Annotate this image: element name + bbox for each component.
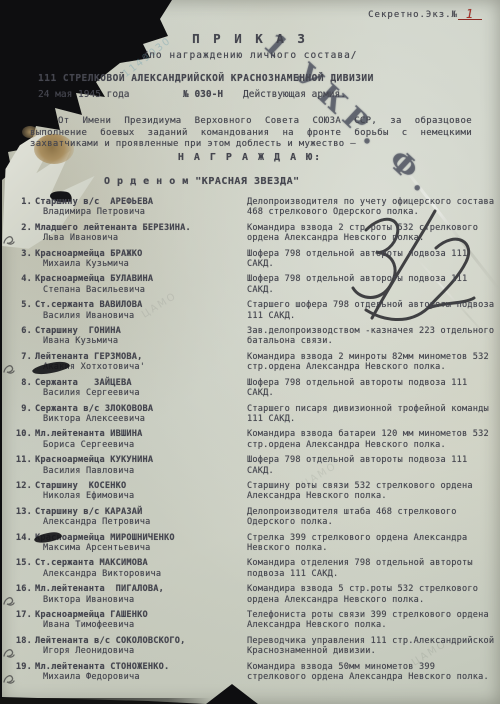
awardee-name-cell: Красноармейца МИРОШНИЧЕНКО Максима Арсен… <box>32 533 239 554</box>
award-list-row: 6. Старшину ГОНИНА Ивана Кузьмича Зав.де… <box>8 326 496 347</box>
order-number: № 030-Н <box>183 89 223 100</box>
awardee-name-cell: Сержанта в/с ЗЛОКОВОВА Виктора Алексееви… <box>32 404 239 425</box>
row-number: 14. <box>8 533 32 554</box>
awardee-position-cell: Делопроизводителя по учету офицерского с… <box>247 197 499 218</box>
award-heading: Н А Г Р А Ж Д А Ю: <box>0 152 500 163</box>
awardee-name-cell: Красноармейца ГАШЕНКО Ивана Тимофеевича <box>32 610 239 631</box>
awardee-position-cell: Зав.делопроизводством -казначея 223 отде… <box>247 326 499 347</box>
awardee-given-names: Бориса Сергеевича <box>35 440 239 450</box>
awardee-given-names: Льва Ивановича <box>35 233 239 243</box>
row-number: 3. <box>8 249 32 270</box>
awardee-position-cell: Шофера 798 отдельной автороты подвоза 11… <box>247 274 499 295</box>
awardee-name-cell: Старшину в/с КАРАЗАЙ Александра Петрович… <box>32 507 239 528</box>
margin-check-mark-icon <box>2 595 16 609</box>
row-number: 8. <box>8 378 32 399</box>
awardee-position-cell: Стрелка 399 стрелкового ордена Александр… <box>247 533 499 554</box>
order-name-heading: О р д е н о м "КРАСНАЯ ЗВЕЗДА" <box>104 176 300 187</box>
award-list-row: 17. Красноармейца ГАШЕНКО Ивана Тимофеев… <box>8 610 496 631</box>
preamble-paragraph: От Имени Президиума Верховного Совета СО… <box>30 116 472 151</box>
awardee-rank-surname: Красноармейца МИРОШНИЧЕНКО <box>35 533 239 543</box>
awardee-given-names: Владимира Петровича <box>35 207 239 217</box>
awardee-position-cell: Старшего писаря дивизионной трофейной ко… <box>247 404 499 425</box>
awardee-position-cell: Командира взвода 2 стр.роты 532 стрелков… <box>247 223 499 244</box>
awardee-position-cell: Командира взвода 2 минроты 82мм миномето… <box>247 352 499 373</box>
margin-check-mark-icon <box>2 647 16 661</box>
awardee-rank-surname: Лейтенанта ГЕРЗМОВА, <box>35 352 239 362</box>
award-list-row: 1. Старшину в/с АРЕФЬЕВА Владимира Петро… <box>8 197 496 218</box>
awardee-given-names: Ивана Тимофеевича <box>35 620 239 630</box>
awardee-name-cell: Мл.лейтенанта ИВШИНА Бориса Сергеевича <box>32 429 239 450</box>
awardee-given-names: Михаила Федоровича <box>35 672 239 682</box>
awardee-rank-surname: Старшину в/с АРЕФЬЕВА <box>35 197 239 207</box>
award-list-row: 7. Лейтенанта ГЕРЗМОВА, Акакия Хотхотови… <box>8 352 496 373</box>
row-number: 5. <box>8 300 32 321</box>
classification-line: Секретно.Экз.№1 <box>368 9 482 20</box>
award-list-row: 5. Ст.сержанта ВАВИЛОВА Василия Иванович… <box>8 300 496 321</box>
awardee-name-cell: Старшину ГОНИНА Ивана Кузьмича <box>32 326 239 347</box>
award-list-row: 9. Сержанта в/с ЗЛОКОВОВА Виктора Алексе… <box>8 404 496 425</box>
date-line: 24 мая 1945 года <box>38 89 130 100</box>
document-title: П Р И К А З <box>0 31 500 46</box>
row-number: 17. <box>8 610 32 631</box>
awardee-rank-surname: Красноармейца БРАЖКО <box>35 249 239 259</box>
row-number: 15. <box>8 558 32 579</box>
award-list-row: 2. Младшего лейтенанта БЕРЕЗИНА. Льва Ив… <box>8 223 496 244</box>
document-subtitle: /по награждению личного состава/ <box>0 50 500 61</box>
margin-check-mark-icon <box>2 363 16 377</box>
awardee-name-cell: Младшего лейтенанта БЕРЕЗИНА. Льва Ивано… <box>32 223 239 244</box>
awardee-position-cell: Делопроизводителя штаба 468 стрелкового … <box>247 507 499 528</box>
awardee-given-names: Степана Васильевича <box>35 285 239 295</box>
awardee-position-cell: Телефониста роты связи 399 стрелкового о… <box>247 610 499 631</box>
margin-check-mark-icon <box>2 673 16 687</box>
awardee-rank-surname: Сержанта ЗАЙЦЕВА <box>35 378 239 388</box>
awardee-rank-surname: Мл.лейтенанта ПИГАЛОВА, <box>35 584 239 594</box>
row-number: 12. <box>8 481 32 502</box>
row-number: 6. <box>8 326 32 347</box>
awardee-position-cell: Старшего шофера 798 отдельной автороты п… <box>247 300 499 321</box>
award-list-row: 16. Мл.лейтенанта ПИГАЛОВА, Виктора Иван… <box>8 584 496 605</box>
award-list: 1. Старшину в/с АРЕФЬЕВА Владимира Петро… <box>8 197 496 687</box>
awardee-position-cell: Старшину роты связи 532 стрелкового орде… <box>247 481 499 502</box>
awardee-rank-surname: Лейтенанта в/с СОКОЛОВСКОГО, <box>35 636 239 646</box>
awardee-position-cell: Шофера 798 отдельной автороты подвоза 11… <box>247 249 499 270</box>
award-list-row: 4. Красноармейца БУЛАВИНА Степана Василь… <box>8 274 496 295</box>
awardee-name-cell: Мл.лейтенанта СТОНОЖЕНКО. Михаила Федоро… <box>32 662 239 683</box>
row-number: 9. <box>8 404 32 425</box>
award-list-row: 19. Мл.лейтенанта СТОНОЖЕНКО. Михаила Фе… <box>8 662 496 683</box>
division-line: 111 СТРЕЛКОВОЙ АЛЕКСАНДРИЙСКОЙ КРАСНОЗНА… <box>38 73 374 84</box>
award-list-row: 13. Старшину в/с КАРАЗАЙ Александра Петр… <box>8 507 496 528</box>
row-number: 13. <box>8 507 32 528</box>
awardee-position-cell: Командира взвода 5 стр.роты 532 стрелков… <box>247 584 499 605</box>
awardee-position-cell: Шофера 798 отдельной автороты подвоза 11… <box>247 378 499 399</box>
scanned-document-page: { "page": { "classification": "Секретно.… <box>0 0 500 704</box>
awardee-given-names: Александра Викторовича <box>35 569 239 579</box>
awardee-name-cell: Красноармейца КУКУНИНА Василия Павловича <box>32 455 239 476</box>
row-number: 11. <box>8 455 32 476</box>
awardee-rank-surname: Мл.лейтенанта ИВШИНА <box>35 429 239 439</box>
awardee-position-cell: Командира взвода 50мм минометов 399 стре… <box>247 662 499 683</box>
awardee-rank-surname: Старшину в/с КАРАЗАЙ <box>35 507 239 517</box>
army-line: Действующая армия. <box>243 89 346 100</box>
awardee-name-cell: Старшину КОСЕНКО Николая Ефимовича <box>32 481 239 502</box>
awardee-name-cell: Ст.сержанта ВАВИЛОВА Василия Ивановича <box>32 300 239 321</box>
awardee-rank-surname: Красноармейца КУКУНИНА <box>35 455 239 465</box>
awardee-name-cell: Мл.лейтенанта ПИГАЛОВА, Виктора Иванович… <box>32 584 239 605</box>
awardee-name-cell: Лейтенанта ГЕРЗМОВА, Акакия Хотхотовича' <box>32 352 239 373</box>
awardee-rank-surname: Младшего лейтенанта БЕРЕЗИНА. <box>35 223 239 233</box>
row-number: 10. <box>8 429 32 450</box>
awardee-rank-surname: Старшину ГОНИНА <box>35 326 239 336</box>
awardee-position-cell: Шофера 798 отдельной автороты подвоза 11… <box>247 455 499 476</box>
awardee-rank-surname: Мл.лейтенанта СТОНОЖЕНКО. <box>35 662 239 672</box>
awardee-name-cell: Старшину в/с АРЕФЬЕВА Владимира Петрович… <box>32 197 239 218</box>
awardee-position-cell: Командира отделения 798 отдельной авторо… <box>247 558 499 579</box>
awardee-name-cell: Лейтенанта в/с СОКОЛОВСКОГО, Игоря Леони… <box>32 636 239 657</box>
awardee-rank-surname: Старшину КОСЕНКО <box>35 481 239 491</box>
awardee-rank-surname: Ст.сержанта ВАВИЛОВА <box>35 300 239 310</box>
award-list-row: 12. Старшину КОСЕНКО Николая Ефимовича С… <box>8 481 496 502</box>
award-list-row: 10. Мл.лейтенанта ИВШИНА Бориса Сергееви… <box>8 429 496 450</box>
margin-check-mark-icon <box>2 234 16 248</box>
award-list-row: 15. Ст.сержанта МАКСИМОВА Александра Вик… <box>8 558 496 579</box>
awardee-name-cell: Сержанта ЗАЙЦЕВА Василия Сергеевича <box>32 378 239 399</box>
awardee-name-cell: Ст.сержанта МАКСИМОВА Александра Викторо… <box>32 558 239 579</box>
awardee-position-cell: Переводчика управления 111 стр.Александр… <box>247 636 499 657</box>
awardee-rank-surname: Красноармейца БУЛАВИНА <box>35 274 239 284</box>
classification-label: Секретно.Экз.№ <box>368 10 458 20</box>
awardee-given-names: Александра Петровича <box>35 517 239 527</box>
award-list-row: 11. Красноармейца КУКУНИНА Василия Павло… <box>8 455 496 476</box>
awardee-given-names: Николая Ефимовича <box>35 491 239 501</box>
awardee-given-names: Максима Арсентьевича <box>35 543 239 553</box>
award-list-row: 14. Красноармейца МИРОШНИЧЕНКО Максима А… <box>8 533 496 554</box>
awardee-name-cell: Красноармейца БУЛАВИНА Степана Васильеви… <box>32 274 239 295</box>
awardee-given-names: Виктора Ивановича <box>35 595 239 605</box>
row-number: 1. <box>8 197 32 218</box>
awardee-given-names: Михаила Кузьмича <box>35 259 239 269</box>
award-list-row: 18. Лейтенанта в/с СОКОЛОВСКОГО, Игоря Л… <box>8 636 496 657</box>
award-list-row: 8. Сержанта ЗАЙЦЕВА Василия Сергеевича Ш… <box>8 378 496 399</box>
awardee-given-names: Виктора Алексеевича <box>35 414 239 424</box>
row-number: 4. <box>8 274 32 295</box>
awardee-rank-surname: Сержанта в/с ЗЛОКОВОВА <box>35 404 239 414</box>
copy-number: 1 <box>458 9 482 20</box>
awardee-position-cell: Командира взвода батареи 120 мм миномето… <box>247 429 499 450</box>
awardee-rank-surname: Ст.сержанта МАКСИМОВА <box>35 558 239 568</box>
awardee-given-names: Игоря Леонидовича <box>35 646 239 656</box>
awardee-name-cell: Красноармейца БРАЖКО Михаила Кузьмича <box>32 249 239 270</box>
awardee-given-names: Василия Ивановича <box>35 311 239 321</box>
award-list-row: 3. Красноармейца БРАЖКО Михаила Кузьмича… <box>8 249 496 270</box>
awardee-given-names: Василия Сергеевича <box>35 388 239 398</box>
awardee-given-names: Василия Павловича <box>35 466 239 476</box>
paper-edge-shadow <box>0 698 210 704</box>
awardee-given-names: Ивана Кузьмича <box>35 336 239 346</box>
awardee-rank-surname: Красноармейца ГАШЕНКО <box>35 610 239 620</box>
